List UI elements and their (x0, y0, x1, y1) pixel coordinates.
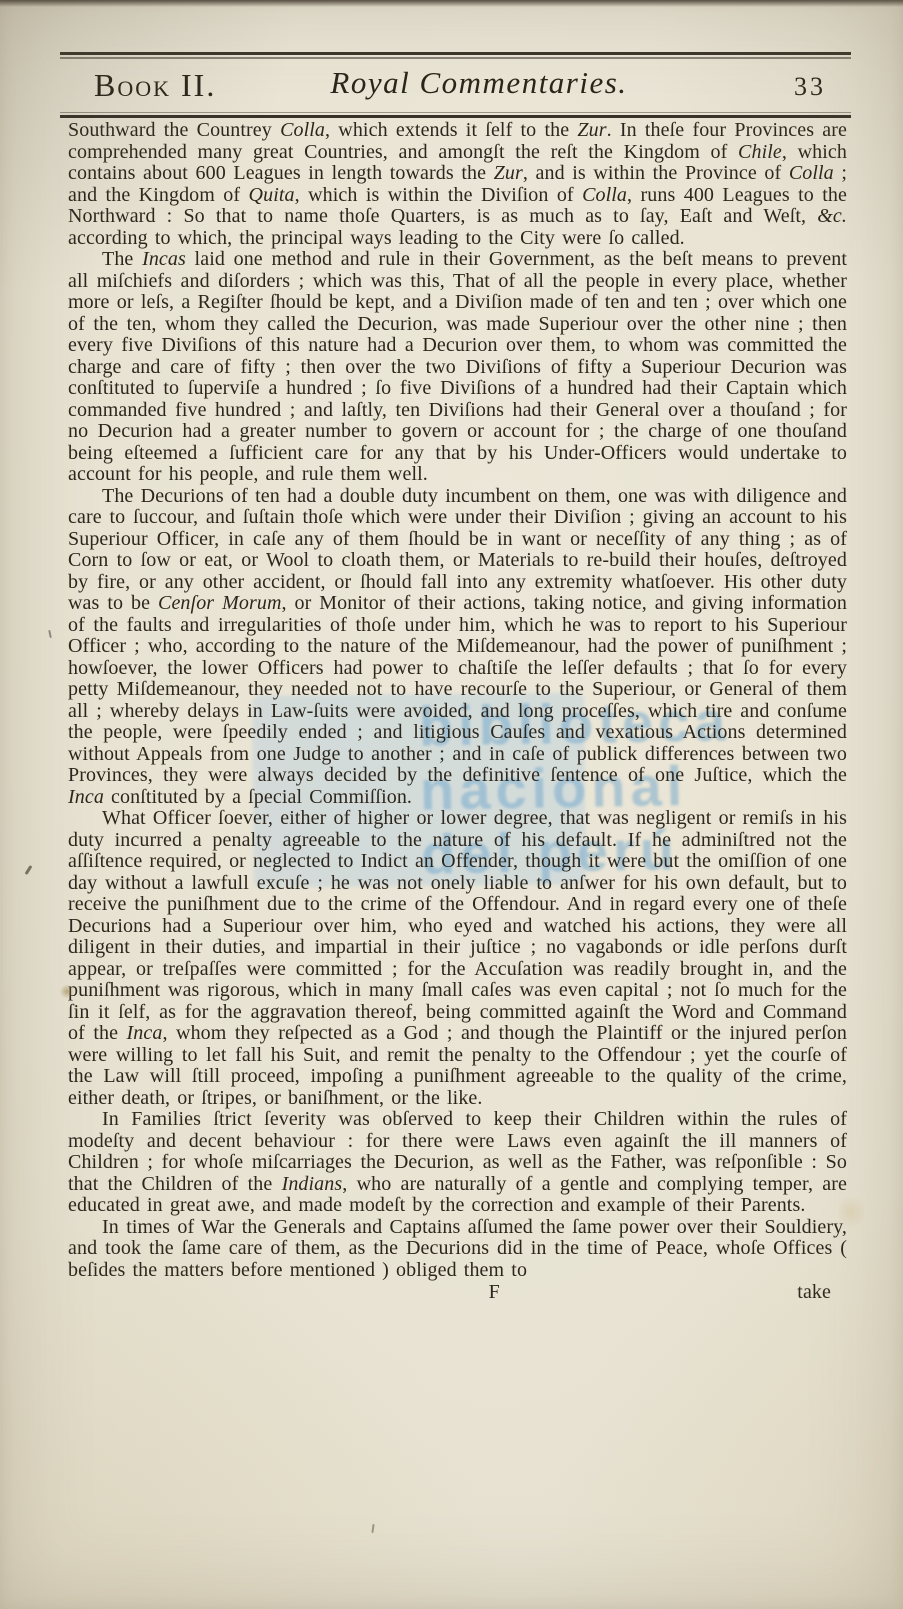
head-rule-bottom (60, 112, 851, 118)
page-title: Royal Commentaries. (90, 65, 868, 101)
catchword: take (797, 1282, 831, 1304)
paragraph: The Incas laid one method and rule in th… (68, 249, 847, 486)
paragraph: Southward the Countrey Colla, which exte… (68, 120, 847, 249)
page-number: 33 (794, 72, 826, 102)
running-head: Book II. Royal Commentaries. 33 (68, 63, 846, 109)
paragraph: In times of War the Generals and Captain… (68, 1217, 847, 1282)
page-text: Southward the Countrey Colla, which exte… (68, 120, 847, 1306)
paragraph: What Officer ſoever, either of higher or… (68, 808, 847, 1109)
paragraph: In Families ſtrict ſeverity was obſerved… (68, 1109, 847, 1217)
scan-top-edge (0, 0, 903, 7)
paragraph: The Decurions of ten had a double duty i… (68, 486, 847, 809)
ink-speck (371, 1524, 374, 1533)
book-page-scan: Book II. Royal Commentaries. 33 bibliote… (0, 0, 903, 1609)
signature-mark: F (489, 1282, 500, 1304)
head-rule-top (60, 52, 851, 59)
ink-speck (48, 630, 52, 638)
ink-speck (25, 865, 33, 875)
signature-row: F take (68, 1282, 847, 1306)
